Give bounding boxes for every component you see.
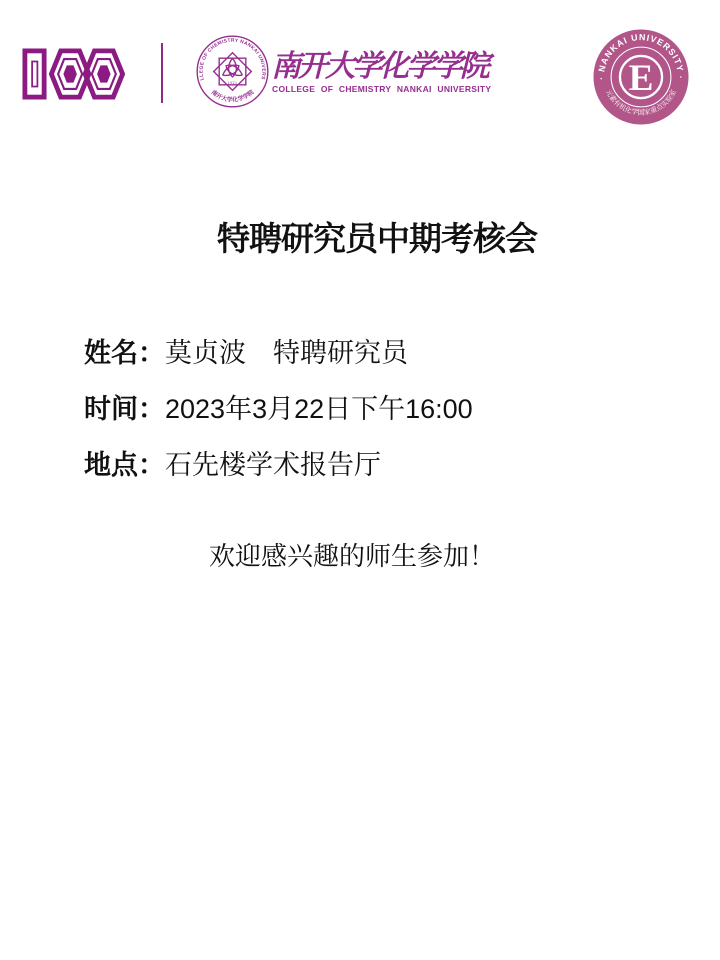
info-label-time: 时间：	[84, 394, 165, 424]
state-key-lab-badge: E · NANKAI UNIVERSITY · 元素有机化学国家重点实验室	[592, 28, 690, 126]
info-row-location: 地点：石先楼学术报告厅	[84, 451, 473, 479]
logo-100-zero1-core	[63, 65, 76, 82]
header-divider	[161, 43, 163, 103]
info-list: 姓名：莫贞波 特聘研究员 时间：2023年3月22日下午16:00 地点：石先楼…	[84, 339, 473, 507]
info-label-name: 姓名：	[84, 338, 165, 368]
logo-100-one-inner	[32, 61, 37, 86]
seal-year: 1921	[228, 81, 238, 85]
college-of-chemistry-seal: 1921 COLLEGE OF CHEMISTRY NANKAI UNIVERS…	[196, 35, 269, 108]
info-row-name: 姓名：莫贞波 特聘研究员	[84, 339, 473, 367]
logo-100-zero2-core	[97, 65, 110, 82]
seal-outer-ring	[197, 36, 268, 107]
footer-note: 欢迎感兴趣的师生参加！	[0, 536, 712, 573]
info-value-location: 石先楼学术报告厅	[165, 450, 381, 480]
nankai-100-logo	[22, 46, 125, 102]
poster-page: 1921 COLLEGE OF CHEMISTRY NANKAI UNIVERS…	[0, 0, 720, 960]
badge-letter-e: E	[629, 58, 654, 99]
info-value-name: 莫贞波 特聘研究员	[165, 338, 408, 368]
college-wordmark-english: COLLEGE OF CHEMISTRY NANKAI UNIVERSITY	[272, 84, 491, 94]
info-value-time: 2023年3月22日下午16:00	[165, 394, 473, 424]
info-label-location: 地点：	[84, 450, 165, 480]
logo-100-one-outer	[25, 51, 44, 97]
event-title: 特聘研究员中期考核会	[0, 213, 720, 260]
info-row-time: 时间：2023年3月22日下午16:00	[84, 395, 473, 423]
college-wordmark-chinese: 南开大学化学学院	[271, 41, 487, 85]
